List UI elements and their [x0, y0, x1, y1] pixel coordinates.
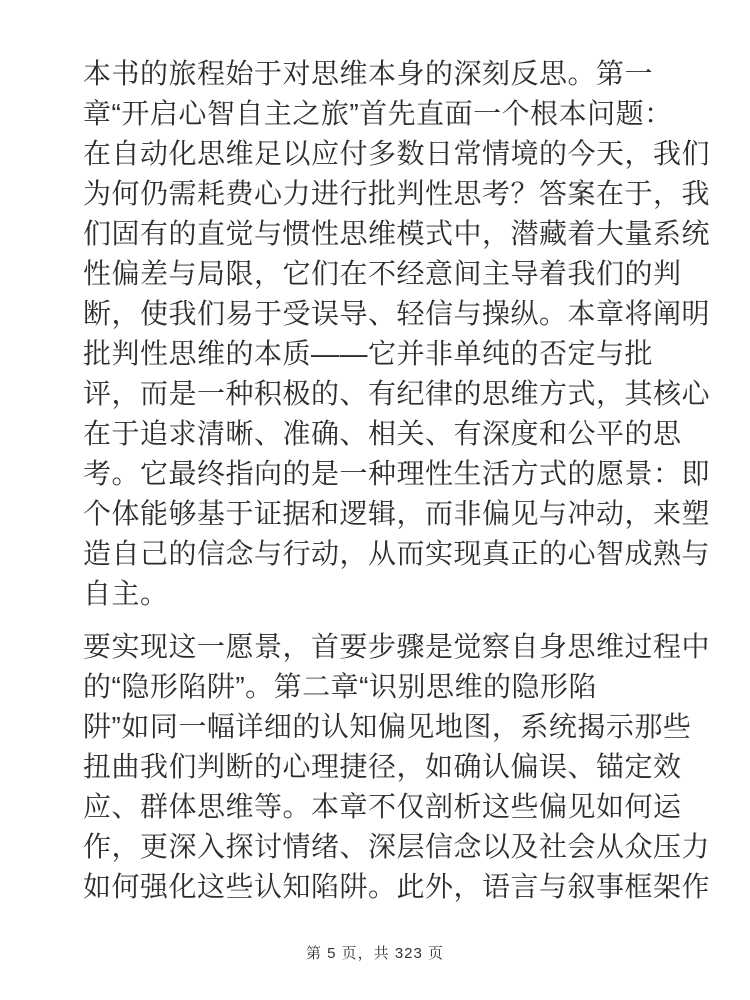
page-number: 第 5 页，共 323 页 [306, 945, 444, 962]
text-line: 个体能够基于证据和逻辑，而非偏见与冲动，来塑 [83, 494, 683, 534]
text-line: 在于追求清晰、准确、相关、有深度和公平的思 [83, 414, 683, 454]
document-text: 本书的旅程始于对思维本身的深刻反思。第一章“开启心智自主之旅”首先直面一个根本问… [83, 54, 683, 920]
text-line: 要实现这一愿景，首要步骤是觉察自身思维过程中 [83, 627, 683, 667]
text-line: 断，使我们易于受误导、轻信与操纵。本章将阐明 [83, 294, 683, 334]
paragraph: 要实现这一愿景，首要步骤是觉察自身思维过程中的“隐形陷阱”。第二章“识别思维的隐… [83, 627, 683, 907]
text-line: 自主。 [83, 574, 683, 614]
text-line: 如何强化这些认知陷阱。此外，语言与叙事框架作 [83, 867, 683, 907]
text-line: 评，而是一种积极的、有纪律的思维方式，其核心 [83, 374, 683, 414]
text-line: 扭曲我们判断的心理捷径，如确认偏误、锚定效 [83, 747, 683, 787]
text-line: 本书的旅程始于对思维本身的深刻反思。第一 [83, 54, 683, 94]
document-page: 本书的旅程始于对思维本身的深刻反思。第一章“开启心智自主之旅”首先直面一个根本问… [0, 0, 750, 1000]
text-line: 考。它最终指向的是一种理性生活方式的愿景：即 [83, 454, 683, 494]
text-line: 在自动化思维足以应付多数日常情境的今天，我们 [83, 134, 683, 174]
text-line: 批判性思维的本质——它并非单纯的否定与批 [83, 334, 683, 374]
text-line: 性偏差与局限，它们在不经意间主导着我们的判 [83, 254, 683, 294]
text-line: 作，更深入探讨情绪、深层信念以及社会从众压力 [83, 827, 683, 867]
paragraph: 本书的旅程始于对思维本身的深刻反思。第一章“开启心智自主之旅”首先直面一个根本问… [83, 54, 683, 614]
text-line: 们固有的直觉与惯性思维模式中，潜藏着大量系统 [83, 214, 683, 254]
text-line: 阱”如同一幅详细的认知偏见地图，系统揭示那些 [83, 707, 683, 747]
text-line: 造自己的信念与行动，从而实现真正的心智成熟与 [83, 534, 683, 574]
page-footer: 第 5 页，共 323 页 [0, 944, 750, 964]
text-line: 为何仍需耗费心力进行批判性思考？答案在于，我 [83, 174, 683, 214]
text-line: 应、群体思维等。本章不仅剖析这些偏见如何运 [83, 787, 683, 827]
text-line: 的“隐形陷阱”。第二章“识别思维的隐形陷 [83, 667, 683, 707]
text-line: 章“开启心智自主之旅”首先直面一个根本问题： [83, 94, 683, 134]
